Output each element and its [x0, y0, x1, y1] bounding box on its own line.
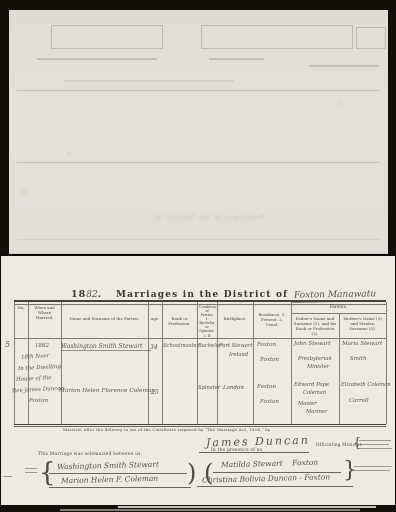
margin-fine-print-trace — [25, 468, 37, 469]
header-condition: Condition of Parties. 1. Bachelor or Spi… — [198, 304, 216, 337]
page-title: Marriages in the District of — [116, 290, 288, 300]
page-edge-sliver — [60, 509, 360, 511]
header-parents-group: Parents. — [291, 304, 386, 309]
groom-father-rank-2: Minister — [307, 364, 329, 370]
groom-birthplace-1: Port Stewart — [219, 343, 252, 349]
bleed-through-text: Marriages in the District of — [99, 214, 319, 221]
faint-text-trace — [309, 65, 379, 67]
bride-residence-2: Foxton — [260, 399, 279, 405]
faint-form-box — [356, 27, 386, 49]
column-rule — [386, 302, 387, 424]
bride-mother-maiden: Carroll — [349, 398, 369, 404]
bride-father-name-1: Edward Pope — [294, 382, 329, 388]
parties-close-bracket: ) — [187, 459, 196, 487]
entry-where-line1: In the Dwelling — [18, 364, 61, 372]
foxing-spot — [339, 102, 343, 105]
groom-mother-name: Maria Stewart — [342, 341, 382, 347]
header-father: Father's Name and Surname (2), and his R… — [292, 315, 338, 337]
fine-print-trace — [354, 466, 392, 467]
header-names: Name and Surname of the Parties. — [62, 304, 147, 337]
year-dot: . — [98, 289, 102, 300]
entry-when-year: 1882 — [35, 343, 49, 349]
groom-residence-1: Foxton — [257, 342, 276, 348]
groom-mother-maiden: Smith — [350, 356, 367, 362]
header-no: No. — [15, 304, 27, 337]
margin-entry-number: 5 — [5, 340, 10, 349]
bride-mother-name: Elizabeth Coleman — [341, 382, 391, 388]
witness-signature-line — [197, 486, 353, 487]
bride-birthplace: London — [223, 385, 244, 391]
year-printed: 18 — [71, 289, 86, 300]
parents-group-rule — [291, 313, 386, 314]
party-signature-line — [49, 487, 191, 488]
bride-name: Marion Helen Florence Coleman — [59, 388, 155, 394]
faint-text-trace — [64, 80, 234, 82]
register-title-row: 1882.Marriages in the District ofFoxton … — [71, 282, 382, 302]
photograph-of-marriage-register: Marriages in the District of 1882.Marria… — [0, 0, 396, 512]
witness-signature-1: Matilda Stewart Foxton — [221, 458, 318, 470]
entry-where-line2: House of the — [16, 375, 52, 383]
page-edge-sliver — [118, 506, 376, 508]
groom-residence-2: Foxton — [260, 357, 279, 363]
bride-condition: Spinster — [198, 385, 220, 391]
top-page-blank: Marriages in the District of — [9, 10, 388, 254]
header-birthplace: Birthplace. — [218, 304, 252, 337]
faint-form-box — [51, 25, 163, 49]
groom-name: Washington Smith Stewart — [61, 343, 151, 351]
faint-text-trace — [37, 58, 157, 60]
entry-when-date: 18th Novr — [21, 353, 50, 360]
entry-where-line3: Rev James Duncan — [12, 386, 64, 395]
margin-note-trace — [3, 476, 12, 477]
bride-father-rank-2: Mariner — [306, 409, 327, 415]
faint-rule — [17, 239, 380, 240]
bride-father-rank-1: Master — [298, 401, 317, 407]
groom-birthplace-2: Ireland — [229, 352, 248, 358]
margin-fine-print-trace — [25, 472, 37, 473]
foxing-spot — [21, 190, 27, 195]
party-signature-bride: Marion Helen F. Coleman — [61, 474, 158, 486]
fine-print-trace — [359, 444, 389, 445]
register-table: No. When and Where Married. Name and Sur… — [14, 300, 386, 425]
presence-label: In the presence of us, — [211, 448, 264, 453]
groom-rank: Schoolmaster — [163, 343, 199, 349]
fine-print-trace — [359, 448, 392, 449]
faint-rule — [17, 162, 380, 163]
bride-residence-1: Foxton — [257, 384, 276, 390]
faint-form-box — [201, 25, 353, 49]
groom-age: 34 — [150, 344, 158, 351]
bride-father-name-2: Coleman — [303, 390, 326, 396]
faint-text-trace — [209, 58, 264, 60]
year-handwritten: 82 — [86, 290, 97, 300]
groom-father-rank-1: Presbyterian — [298, 356, 332, 362]
header-age: Age. — [149, 304, 161, 337]
foxing-spot — [67, 152, 71, 156]
entry-where-line4: Foxton — [29, 398, 48, 404]
solemnized-label: This Marriage was solemnized between us, — [38, 452, 142, 457]
groom-condition: Bachelor — [198, 343, 221, 349]
marriage-register-page: 1882.Marriages in the District ofFoxton … — [1, 256, 395, 505]
party-signature-groom: Washington Smith Stewart — [57, 460, 159, 472]
groom-father-name: John Stewart — [294, 341, 330, 347]
header-residence: Residence. 1. Present. 2. Usual. — [254, 304, 290, 337]
header-when-where: When and Where Married. — [29, 304, 60, 337]
header-rank: Rank or Profession. — [163, 304, 196, 337]
header-separator-rule — [14, 338, 386, 339]
minister-signature: James Duncan — [206, 434, 310, 450]
fine-print-trace — [359, 440, 391, 441]
header-mother: Mother's Name (3) and Maiden Surname (3)… — [340, 315, 385, 337]
bride-age: 25 — [151, 389, 159, 396]
faint-rule — [17, 90, 380, 91]
fine-print-trace — [354, 470, 390, 471]
certification-line: Married, after the delivery to me of the… — [63, 427, 270, 432]
witness-signature-2: Christina Bolivia Duncan - Foxton — [202, 472, 330, 484]
